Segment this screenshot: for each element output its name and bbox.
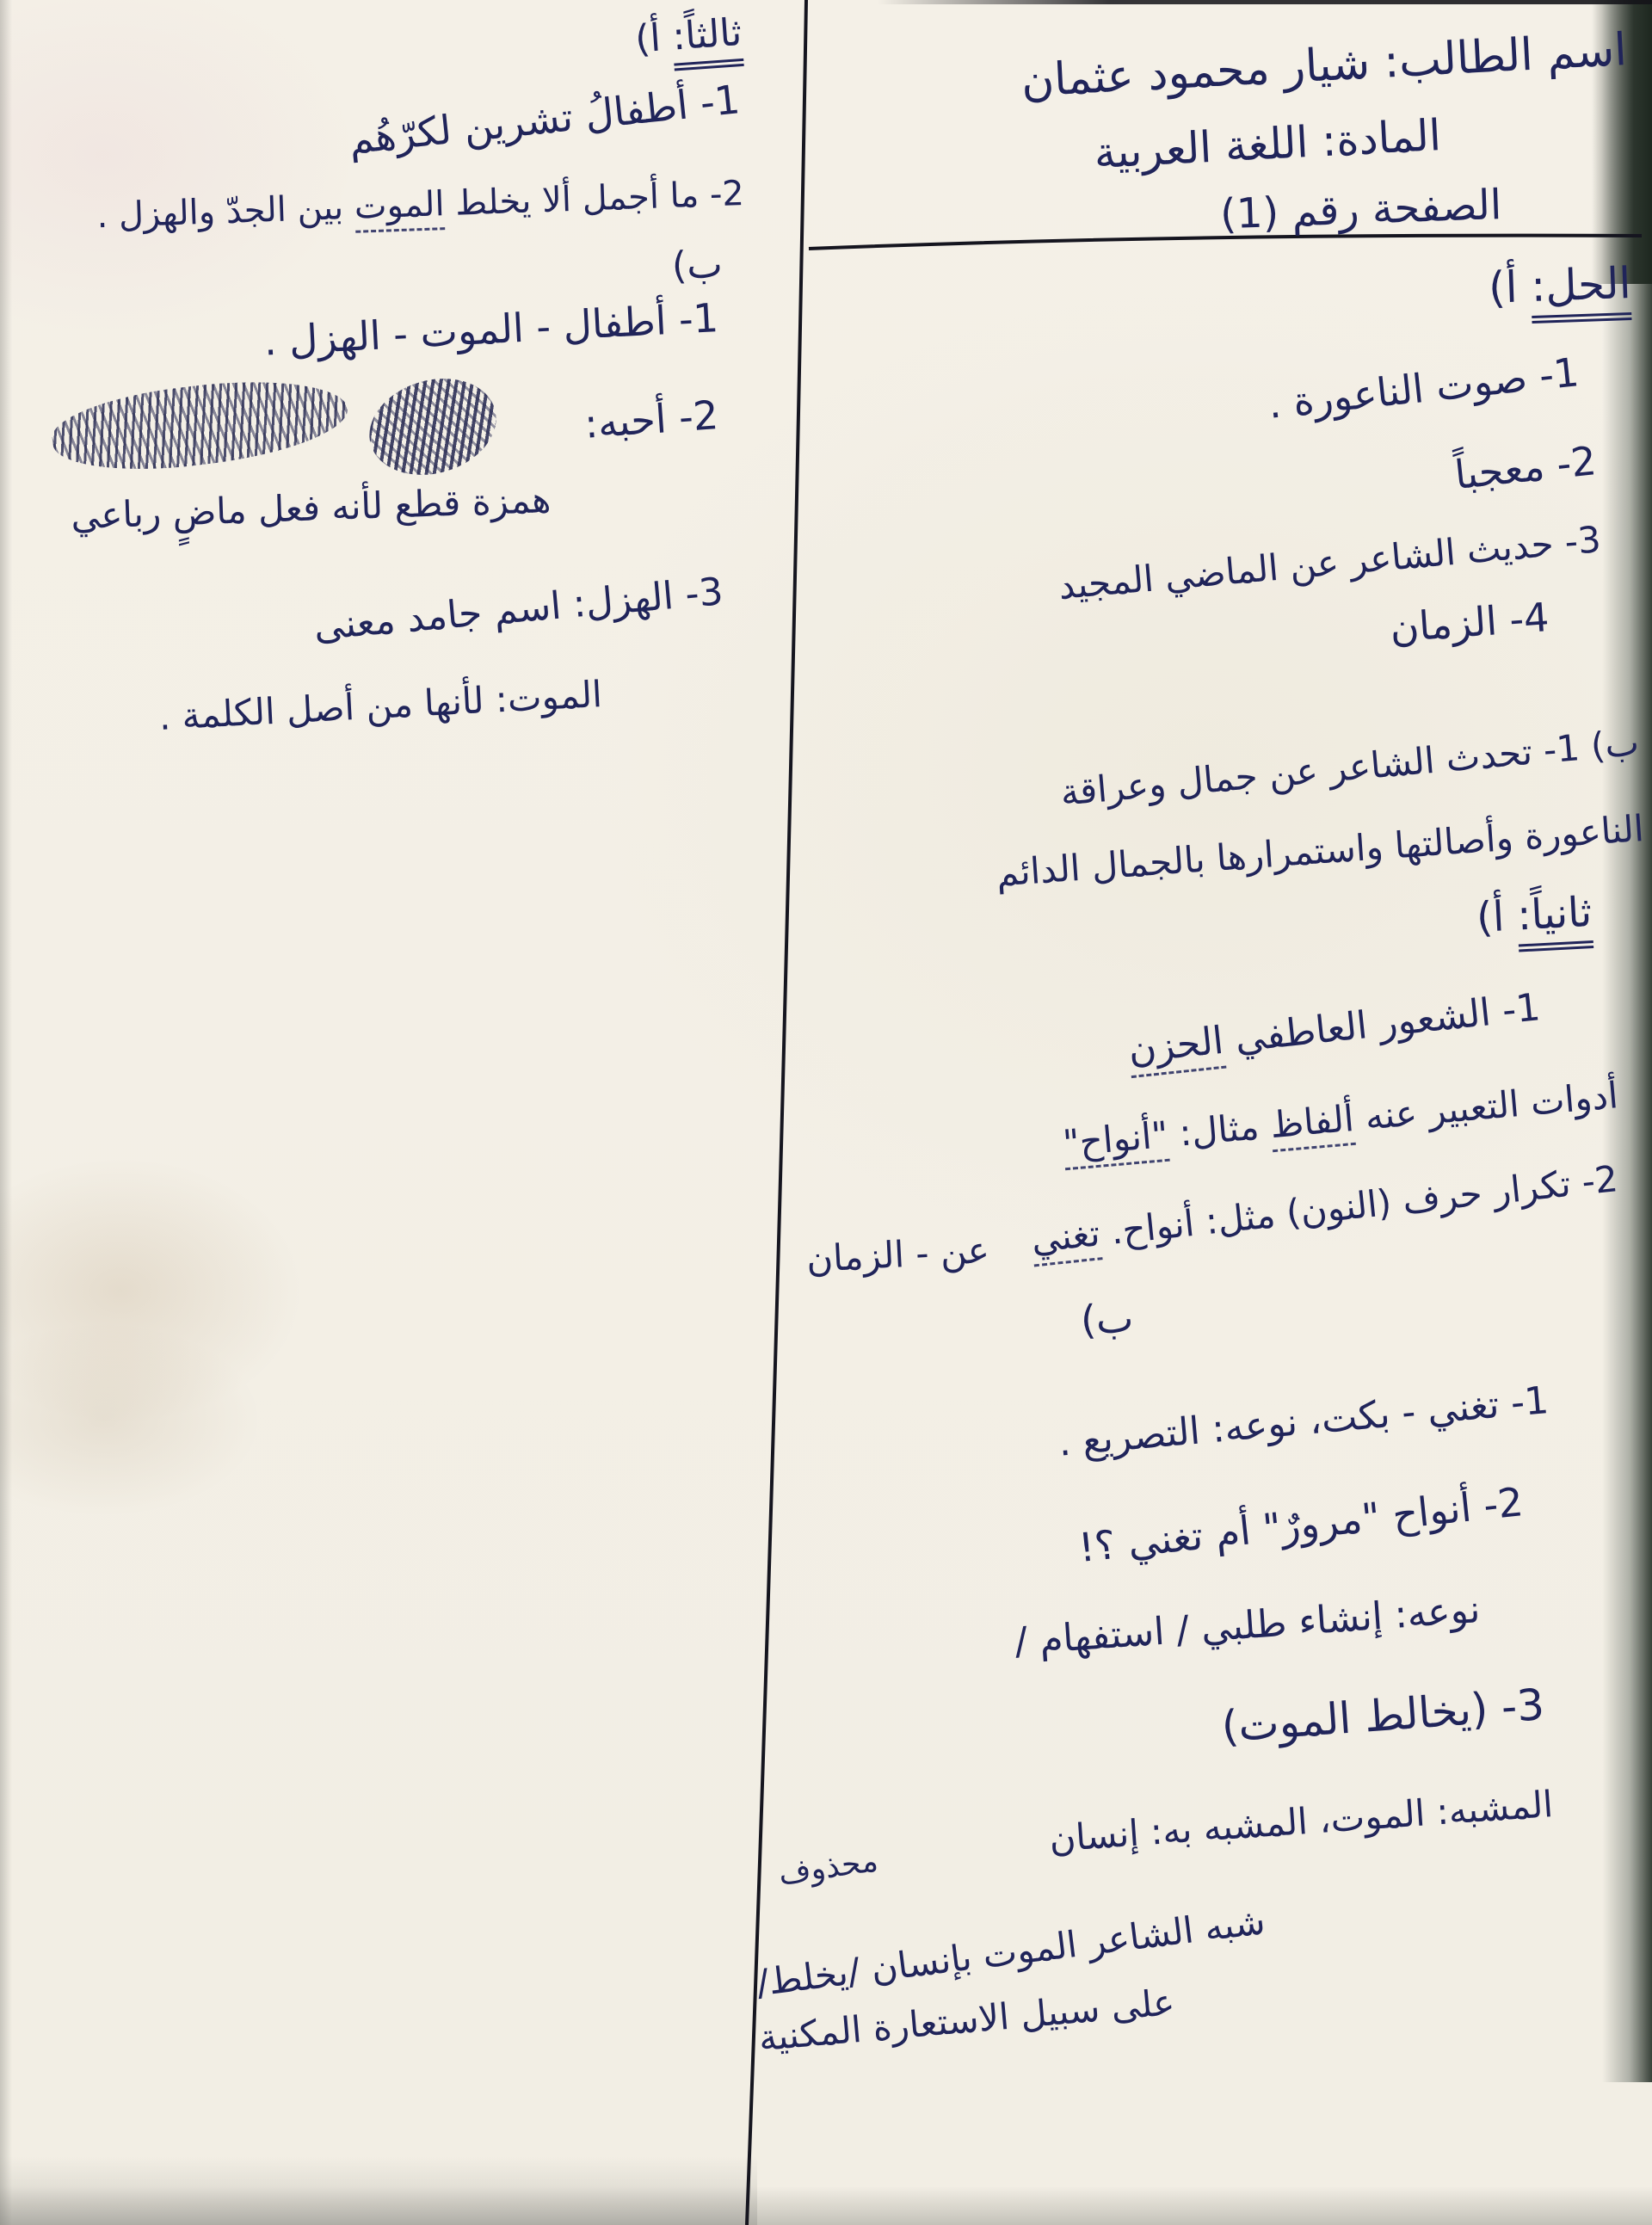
solution-heading-word: الحل: <box>1530 258 1632 324</box>
second-section-part-a: أ) <box>1476 892 1506 942</box>
sub-section-label: ب) <box>672 243 724 288</box>
column-divider-line <box>747 0 806 2225</box>
solution-heading-part-a: أ) <box>1488 262 1518 313</box>
answer-line: 2- أحبه: <box>583 391 720 447</box>
underlined-word: الحزن <box>1126 1019 1226 1078</box>
second-section-heading: ثانياً: أ) <box>1476 888 1593 942</box>
second-section-word: ثانياً: <box>1516 888 1593 952</box>
third-section-part-a: أ) <box>634 16 663 62</box>
page-number-line: الصفحة رقم (1) <box>1219 181 1502 238</box>
answer-text: مثال: <box>1177 1106 1261 1155</box>
page-number-text: الصفحة رقم (1) <box>1219 181 1502 238</box>
sub-section-label: ب) <box>1080 1295 1134 1343</box>
underlined-word: "أنواح" <box>1061 1113 1170 1170</box>
scanned-answer-sheet: اسم الطالب: شيار محمود عثمان المادة: الل… <box>0 0 1652 2225</box>
third-section-heading: ثالثاً: أ) <box>634 10 743 62</box>
underlined-word: الموت <box>354 184 446 233</box>
solution-heading: الحل: أ) <box>1488 258 1631 313</box>
underlined-word: تغني <box>1029 1211 1102 1267</box>
underlined-word: ألفاظ <box>1268 1097 1356 1152</box>
third-section-word: ثالثاً: <box>671 10 744 71</box>
